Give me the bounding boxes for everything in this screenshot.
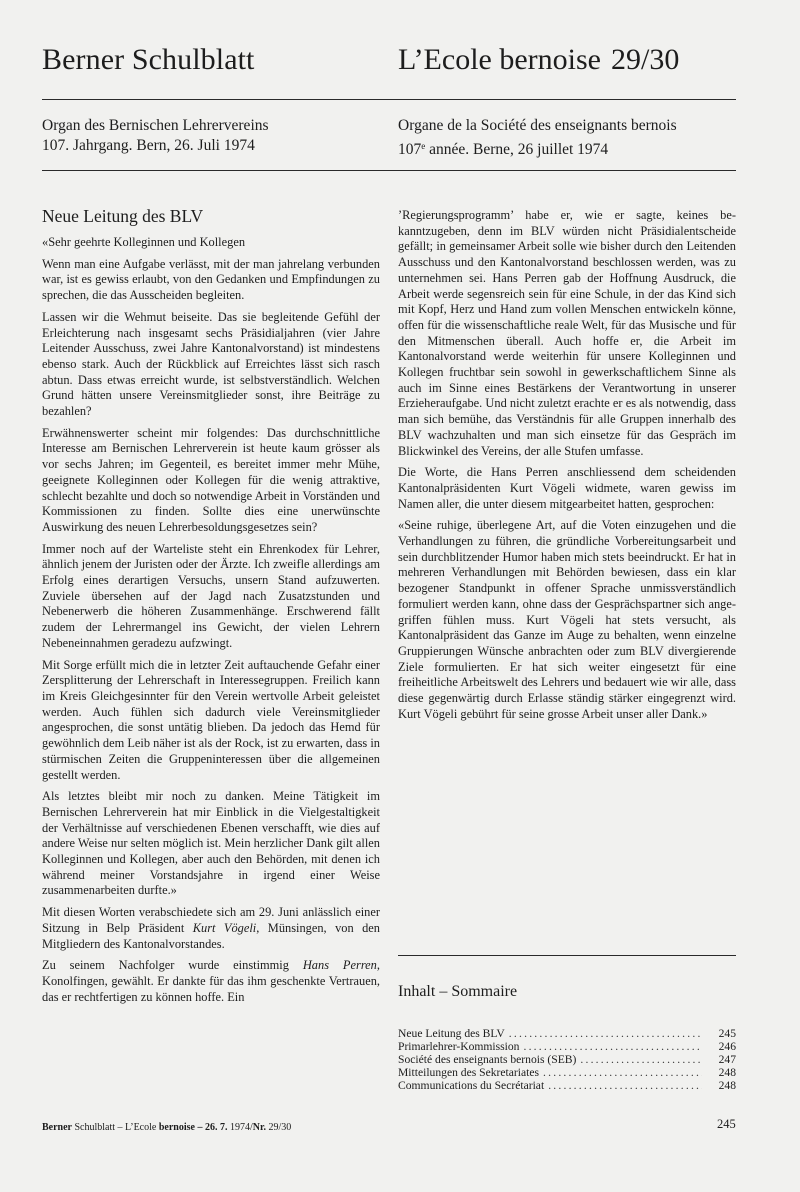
person-name-italic: Hans Perren: [303, 958, 377, 972]
article-paragraph: Als letztes bleibt mir noch zu danken. M…: [42, 789, 380, 899]
subheader-french-line2: 107e année. Berne, 26 juillet 1974: [398, 136, 677, 160]
toc-rule: [398, 955, 736, 956]
article-quote-paragraph: «Seine ruhige, überlegene Art, auf die V…: [398, 518, 736, 722]
toc-item-page: 248: [702, 1066, 736, 1079]
toc-item[interactable]: Mitteilungen des Sekretariates .........…: [398, 1066, 736, 1079]
article-paragraph: Erwähnenswerter scheint mir folgendes: D…: [42, 426, 380, 536]
masthead-title-french-text: L’Ecole bernoise: [398, 43, 601, 76]
article-paragraph-vogeli: Mit diesen Worten verabschiedete sich am…: [42, 905, 380, 952]
footer-text: 1974/: [227, 1122, 252, 1133]
article-paragraph: Lassen wir die Wehmut beiseite. Das sie …: [42, 310, 380, 420]
year-number: 107: [398, 141, 421, 158]
page-footer: Berner Schulblatt – L’Ecole bernoise – 2…: [42, 1122, 291, 1133]
date-text: année. Berne, 26 juillet 1974: [425, 141, 608, 158]
footer-text-bold: bernoise – 26. 7.: [159, 1122, 228, 1133]
article-column-left: Neue Leitung des BLV «Sehr geehrte Kolle…: [42, 205, 380, 1011]
article-paragraph: Die Worte, die Hans Perren anschliessend…: [398, 465, 736, 512]
subheader-french: Organe de la Société des enseignants ber…: [398, 116, 677, 160]
article-paragraph: Immer noch auf der Warteliste steht ein …: [42, 542, 380, 652]
footer-text: Schulblatt – L’Ecole: [72, 1122, 159, 1133]
footer-text-bold: Berner: [42, 1122, 72, 1133]
header-rule-top: [42, 99, 736, 100]
text-run: Zu seinem Nachfolger wurde einstimmig: [42, 958, 303, 972]
toc-item-page: 248: [702, 1079, 736, 1092]
toc-item-label: Primarlehrer-Kommission: [398, 1040, 519, 1053]
toc-item[interactable]: Neue Leitung des BLV ...................…: [398, 1027, 736, 1040]
footer-text: 29/30: [266, 1122, 291, 1133]
subheader-german-line2: 107. Jahrgang. Bern, 26. Juli 1974: [42, 136, 269, 156]
subheader-french-line1: Organe de la Société des enseignants ber…: [398, 116, 677, 136]
subheader-german-line1: Organ des Bernischen Lehrervereins: [42, 116, 269, 136]
table-of-contents: Inhalt – Sommaire Neue Leitung des BLV .…: [398, 983, 736, 1092]
toc-item-label: Mitteilungen des Sekretariates: [398, 1066, 539, 1079]
header-rule-bottom: [42, 170, 736, 171]
page-number: 245: [717, 1117, 736, 1132]
toc-title: Inhalt – Sommaire: [398, 983, 736, 1001]
toc-item[interactable]: Primarlehrer-Kommission ................…: [398, 1040, 736, 1053]
article-column-right: ’Regierungsprogramm’ habe er, wie er sag…: [398, 208, 736, 729]
toc-leader-dots: ........................................…: [539, 1066, 702, 1079]
article-paragraph: Mit Sorge erfüllt mich die in letzter Ze…: [42, 658, 380, 784]
toc-item-label: Communications du Secrétariat: [398, 1079, 544, 1092]
toc-leader-dots: ........................................…: [519, 1040, 702, 1053]
toc-item[interactable]: Communications du Secrétariat ..........…: [398, 1079, 736, 1092]
article-salutation: «Sehr geehrte Kolleginnen und Kollegen: [42, 235, 380, 251]
subheader-german: Organ des Bernischen Lehrervereins 107. …: [42, 116, 269, 156]
masthead-title-french: L’Ecole bernoise29/30: [398, 43, 679, 77]
toc-item-page: 246: [702, 1040, 736, 1053]
article-paragraph-perren: Zu seinem Nachfolger wurde einstimmig Ha…: [42, 958, 380, 1005]
masthead-title-german: Berner Schulblatt: [42, 43, 254, 77]
toc-leader-dots: ........................................…: [576, 1053, 702, 1066]
toc-item-label: Société des enseignants bernois (SEB): [398, 1053, 576, 1066]
masthead: Berner Schulblatt L’Ecole bernoise29/30: [42, 43, 738, 83]
newspaper-page: Berner Schulblatt L’Ecole bernoise29/30 …: [0, 0, 800, 1192]
toc-leader-dots: ........................................…: [544, 1079, 702, 1092]
toc-item-page: 245: [702, 1027, 736, 1040]
issue-number: 29/30: [611, 43, 679, 76]
article-paragraph: ’Regierungsprogramm’ habe er, wie er sag…: [398, 208, 736, 459]
toc-item-page: 247: [702, 1053, 736, 1066]
person-name-italic: Kurt Vögeli: [193, 921, 257, 935]
footer-text-bold: Nr.: [253, 1122, 266, 1133]
article-paragraph: Wenn man eine Aufgabe verlässt, mit der …: [42, 257, 380, 304]
toc-item[interactable]: Société des enseignants bernois (SEB) ..…: [398, 1053, 736, 1066]
toc-item-label: Neue Leitung des BLV: [398, 1027, 505, 1040]
article-title: Neue Leitung des BLV: [42, 205, 380, 227]
toc-leader-dots: ........................................…: [505, 1027, 702, 1040]
